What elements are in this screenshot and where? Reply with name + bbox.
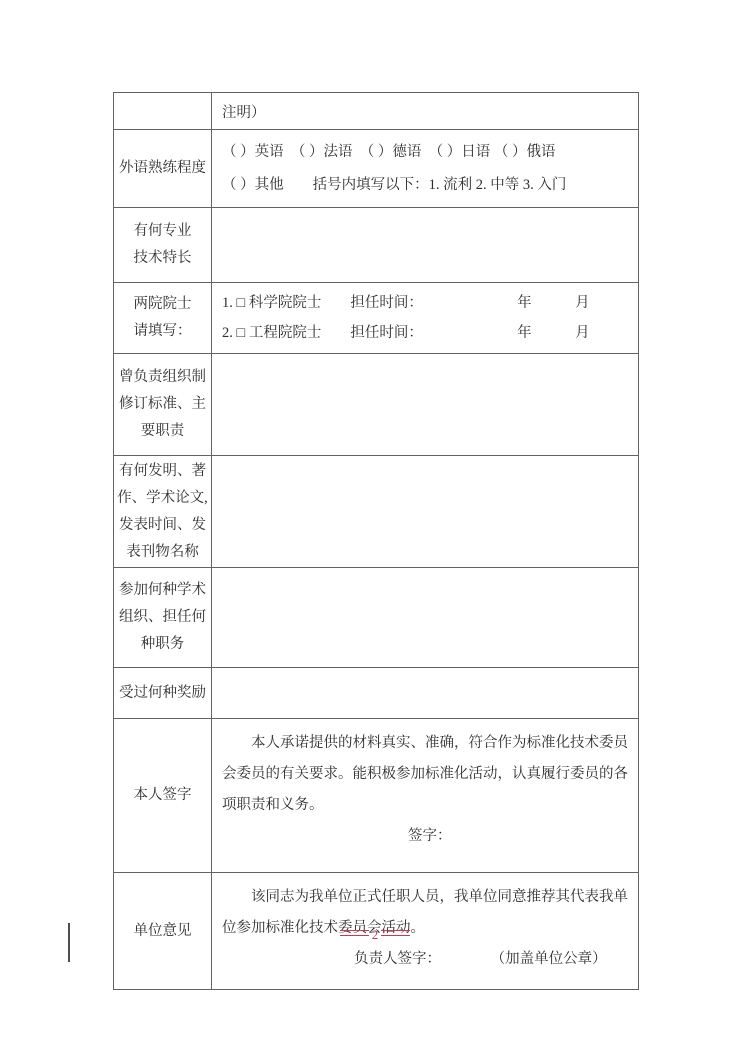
row-label-blank (114, 93, 212, 130)
table-row: 两院院士 请填写： 1. □ 科学院院士 担任时间： 年 月 2. □ 工程院院… (114, 283, 639, 354)
cell-academic-organizations[interactable] (212, 568, 639, 668)
page-number-dash-left-icon (340, 930, 369, 936)
cell-publications[interactable] (212, 456, 639, 568)
binding-margin-mark (68, 923, 70, 962)
row-label-awards: 受过何种奖励 (114, 668, 212, 719)
leader-signature-line[interactable]: 负责人签字： （加盖单位公章） (222, 944, 628, 975)
row-label-professional-specialty: 有何专业 技术特长 (114, 208, 212, 283)
row-label-foreign-language-proficiency: 外语熟练程度 (114, 130, 212, 208)
page-number-dash-right-icon (381, 930, 410, 936)
table-row: 本人签字 本人承诺提供的材料真实、准确，符合作为标准化技术委员会委员的有关要求。… (114, 719, 639, 873)
row-label-standards-drafting-duties: 曾负责组织制 修订标准、主 要职责 (114, 354, 212, 456)
row-label-academic-organizations: 参加何种学术 组织、担任何 种职务 (114, 568, 212, 668)
table-row: 注明） (114, 93, 639, 130)
table-row: 参加何种学术 组织、担任何 种职务 (114, 568, 639, 668)
table-row: 有何发明、著 作、学术论文, 发表时间、发 表刊物名称 (114, 456, 639, 568)
cell-note-continuation[interactable]: 注明） (212, 93, 639, 130)
cell-academician-options[interactable]: 1. □ 科学院院士 担任时间： 年 月 2. □ 工程院院士 担任时间： 年 … (212, 283, 639, 354)
table-row: 受过何种奖励 (114, 668, 639, 719)
cell-standards-drafting-duties[interactable] (212, 354, 639, 456)
table-row: 外语熟练程度 （ ）英语 （ ）法语 （ ）德语 （ ）日语 （ ）俄语 （ ）… (114, 130, 639, 208)
cell-awards[interactable] (212, 668, 639, 719)
document-page: 注明） 外语熟练程度 （ ）英语 （ ）法语 （ ）德语 （ ）日语 （ ）俄语… (0, 0, 750, 1060)
signature-line[interactable]: 签字： (222, 821, 628, 852)
table-row: 曾负责组织制 修订标准、主 要职责 (114, 354, 639, 456)
row-label-self-signature: 本人签字 (114, 719, 212, 873)
row-label-academician: 两院院士 请填写： (114, 283, 212, 354)
page-number-value: 2 (372, 928, 379, 942)
cell-foreign-language-options[interactable]: （ ）英语 （ ）法语 （ ）德语 （ ）日语 （ ）俄语 （ ）其他 括号内填… (212, 130, 639, 208)
row-label-publications: 有何发明、著 作、学术论文, 发表时间、发 表刊物名称 (114, 456, 212, 568)
leader-signature-label: 负责人签字： (354, 951, 441, 967)
table-row: 有何专业 技术特长 (114, 208, 639, 283)
page-number: 2 (0, 928, 750, 942)
official-seal-note: （加盖单位公章） (491, 951, 607, 967)
commitment-statement: 本人承诺提供的材料真实、准确，符合作为标准化技术委员会委员的有关要求。能积极参加… (222, 728, 628, 821)
cell-self-signature[interactable]: 本人承诺提供的材料真实、准确，符合作为标准化技术委员会委员的有关要求。能积极参加… (212, 719, 639, 873)
signature-label: 签字： (408, 828, 452, 844)
cell-professional-specialty[interactable] (212, 208, 639, 283)
committee-member-form-table: 注明） 外语熟练程度 （ ）英语 （ ）法语 （ ）德语 （ ）日语 （ ）俄语… (113, 92, 639, 990)
